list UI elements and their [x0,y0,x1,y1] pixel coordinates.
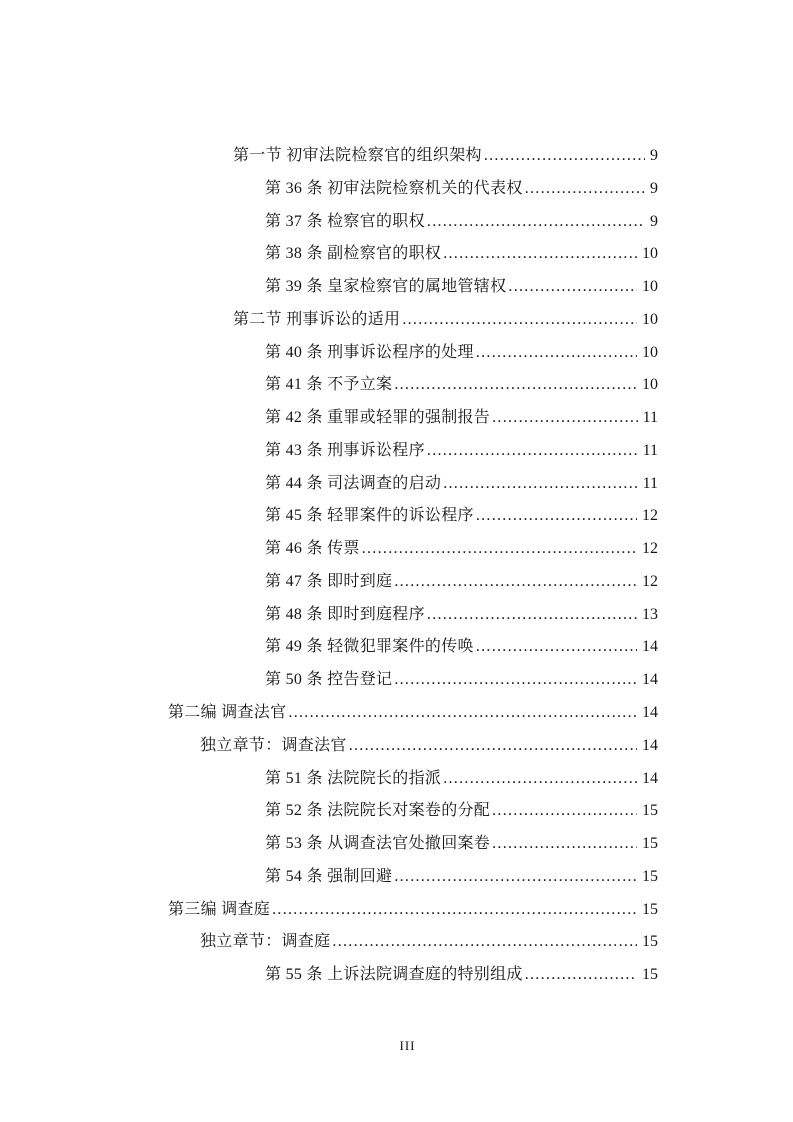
toc-entry-label: 第二编 调查法官 [168,697,286,730]
toc-entry-page-number: 14 [637,664,658,697]
toc-entry-label: 第 39 条 皇家检察官的属地管辖权 [265,271,506,304]
toc-dot-leader [443,468,637,501]
toc-dot-leader [476,631,637,664]
toc-entry-label: 第 46 条 传票 [265,533,360,566]
toc-entry-page-number: 13 [637,599,658,632]
toc-entry-page-number: 14 [637,730,658,763]
toc-entry[interactable]: 第 47 条 即时到庭12 [168,566,658,599]
toc-entry[interactable]: 第 41 条 不予立案10 [168,369,658,402]
toc-dot-leader [394,566,637,599]
toc-entry-label: 第 52 条 法院院长对案卷的分配 [265,795,490,828]
toc-entry-page-number: 10 [637,271,658,304]
toc-entry-label: 独立章节：调查法官 [200,730,347,763]
toc-entry-page-number: 11 [638,435,658,468]
toc-entry-label: 第 41 条 不予立案 [265,369,392,402]
toc-entry-page-number: 15 [637,959,658,992]
toc-entry[interactable]: 第 51 条 法院院长的指派14 [168,763,658,796]
toc-entry[interactable]: 第 37 条 检察官的职权9 [168,206,658,239]
toc-entry-label: 第 43 条 刑事诉讼程序 [265,435,425,468]
document-page: 第一节 初审法院检察官的组织架构9第 36 条 初审法院检察机关的代表权9第 3… [0,0,793,1122]
toc-entry-label: 第二节 刑事诉讼的适用 [233,304,400,337]
toc-entry[interactable]: 第 39 条 皇家检察官的属地管辖权10 [168,271,658,304]
toc-entry-label: 第 50 条 控告登记 [265,664,392,697]
toc-dot-leader [394,861,637,894]
toc-dot-leader [362,533,637,566]
toc-entry[interactable]: 第 38 条 副检察官的职权10 [168,238,658,271]
toc-entry-page-number: 10 [637,238,658,271]
toc-entry-label: 第 42 条 重罪或轻罪的强制报告 [265,402,490,435]
toc-entry-label: 第 45 条 轻罪案件的诉讼程序 [265,500,474,533]
toc-dot-leader [492,402,637,435]
toc-dot-leader [288,697,637,730]
toc-entry[interactable]: 第三编 调查庭15 [168,894,658,927]
toc-entry-page-number: 15 [637,894,658,927]
toc-dot-leader [525,959,637,992]
toc-entry-page-number: 12 [637,566,658,599]
toc-entry-label: 第 48 条 即时到庭程序 [265,599,425,632]
toc-dot-leader [484,140,645,173]
toc-dot-leader [394,664,637,697]
toc-dot-leader [272,894,637,927]
toc-entry-label: 第 49 条 轻微犯罪案件的传唤 [265,631,474,664]
toc-entry[interactable]: 第二节 刑事诉讼的适用10 [168,304,658,337]
toc-entry[interactable]: 第 43 条 刑事诉讼程序11 [168,435,658,468]
toc-entry-label: 第 47 条 即时到庭 [265,566,392,599]
toc-entry-label: 第 37 条 检察官的职权 [265,206,425,239]
toc-entry-page-number: 9 [645,206,658,239]
toc-entry[interactable]: 独立章节：调查庭15 [168,926,658,959]
toc-entry-label: 第 38 条 副检察官的职权 [265,238,441,271]
toc-entry[interactable]: 第 49 条 轻微犯罪案件的传唤14 [168,631,658,664]
toc-entry[interactable]: 第一节 初审法院检察官的组织架构9 [168,140,658,173]
toc-entry[interactable]: 第 50 条 控告登记14 [168,664,658,697]
toc-dot-leader [349,730,637,763]
toc-entry[interactable]: 第 36 条 初审法院检察机关的代表权9 [168,173,658,206]
toc-dot-leader [476,337,637,370]
toc-entry-label: 第 44 条 司法调查的启动 [265,468,441,501]
toc-entry-label: 第 40 条 刑事诉讼程序的处理 [265,337,474,370]
page-number: III [400,1038,416,1053]
toc-entry[interactable]: 第 55 条 上诉法院调查庭的特别组成15 [168,959,658,992]
toc-entry-page-number: 15 [637,795,658,828]
toc-entry-page-number: 14 [637,697,658,730]
toc-entry[interactable]: 第二编 调查法官14 [168,697,658,730]
toc-entry[interactable]: 独立章节：调查法官14 [168,730,658,763]
toc-entry-page-number: 15 [637,861,658,894]
toc-entry[interactable]: 第 54 条 强制回避15 [168,861,658,894]
toc-dot-leader [492,795,637,828]
toc-dot-leader [394,369,637,402]
toc-entry-page-number: 11 [638,402,658,435]
toc-entry[interactable]: 第 46 条 传票12 [168,533,658,566]
toc-entry-page-number: 10 [637,337,658,370]
toc-entry[interactable]: 第 42 条 重罪或轻罪的强制报告11 [168,402,658,435]
toc-entry[interactable]: 第 52 条 法院院长对案卷的分配15 [168,795,658,828]
toc-entry-label: 第 53 条 从调查法官处撤回案卷 [265,828,490,861]
toc-dot-leader [402,304,637,337]
toc-dot-leader [427,206,645,239]
toc-entry-label: 第 54 条 强制回避 [265,861,392,894]
toc-entry-page-number: 14 [637,763,658,796]
toc-entry[interactable]: 第 44 条 司法调查的启动11 [168,468,658,501]
toc-entry-label: 独立章节：调查庭 [200,926,330,959]
toc-dot-leader [476,500,637,533]
toc-entry-page-number: 11 [638,468,658,501]
toc-entry-page-number: 12 [637,533,658,566]
toc-entry-label: 第三编 调查庭 [168,894,270,927]
toc-entry-page-number: 10 [637,304,658,337]
toc-entry[interactable]: 第 40 条 刑事诉讼程序的处理10 [168,337,658,370]
toc-dot-leader [427,599,637,632]
toc-entry-label: 第一节 初审法院检察官的组织架构 [233,140,482,173]
toc-entry-label: 第 55 条 上诉法院调查庭的特别组成 [265,959,523,992]
toc-entry-page-number: 14 [637,631,658,664]
toc-dot-leader [443,238,637,271]
toc-dot-leader [492,828,637,861]
toc-entry[interactable]: 第 48 条 即时到庭程序13 [168,599,658,632]
toc-dot-leader [525,173,645,206]
toc-dot-leader [508,271,637,304]
toc-entry-page-number: 10 [637,369,658,402]
toc-entry-page-number: 12 [637,500,658,533]
toc-entry[interactable]: 第 45 条 轻罪案件的诉讼程序12 [168,500,658,533]
toc-dot-leader [332,926,637,959]
toc-entry[interactable]: 第 53 条 从调查法官处撤回案卷15 [168,828,658,861]
toc-dot-leader [427,435,638,468]
toc-entry-page-number: 15 [637,926,658,959]
toc-entry-page-number: 9 [645,140,658,173]
toc-dot-leader [443,763,637,796]
toc-entry-label: 第 51 条 法院院长的指派 [265,763,441,796]
toc-entry-page-number: 15 [637,828,658,861]
toc-list: 第一节 初审法院检察官的组织架构9第 36 条 初审法院检察机关的代表权9第 3… [168,140,658,992]
toc-entry-page-number: 9 [645,173,658,206]
toc-entry-label: 第 36 条 初审法院检察机关的代表权 [265,173,523,206]
page-footer: III [155,1038,660,1054]
